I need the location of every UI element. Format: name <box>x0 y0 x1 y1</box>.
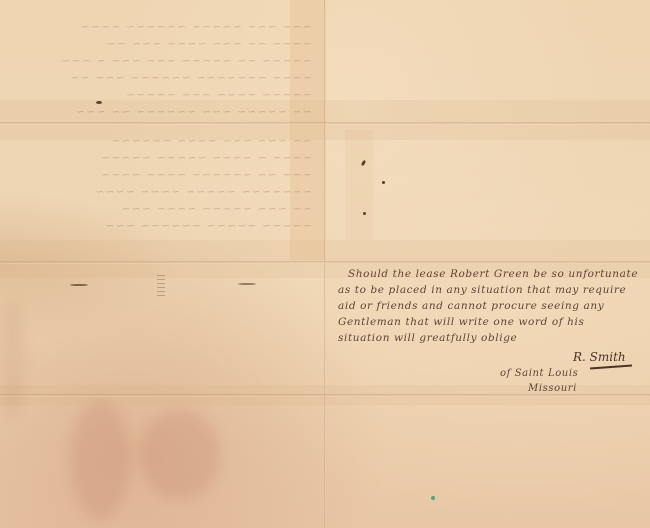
bleed-through-text-top: ~~~ ~~~ ~~~~~ ~~~~~~ ~~~~ ~~~~ ~~ ~~~ ~~… <box>22 18 312 120</box>
letter-line: aid or friends and cannot procure seeing… <box>338 298 643 314</box>
letter-line: Gentleman that will write one word of hi… <box>338 314 643 330</box>
signature-flourish <box>590 365 632 370</box>
ink-mark <box>70 284 88 286</box>
ink-spot <box>382 181 385 184</box>
fold-line-horizontal <box>0 394 650 397</box>
place-line-state: Missouri <box>528 383 577 394</box>
ink-spot <box>363 212 366 215</box>
green-speck <box>431 496 435 500</box>
letter-line: situation will greatfully oblige <box>338 330 643 346</box>
handwritten-letter-body: Should the lease Robert Green be so unfo… <box>338 266 643 346</box>
bleed-through-text-middle: ~~ ~~~ ~~~ ~~~~ ~~~~~~ ~~~~ ~ ~~~~ ~~~~~… <box>22 132 312 234</box>
water-stain <box>70 400 130 520</box>
place-line-city: of Saint Louis <box>500 368 578 379</box>
letter-line: Should the lease Robert Green be so unfo… <box>338 266 643 282</box>
fold-line-horizontal <box>0 122 650 125</box>
signature: R. Smith <box>573 350 626 364</box>
water-stain <box>140 410 220 500</box>
fold-line-vertical <box>324 0 326 528</box>
edge-stain <box>0 300 25 420</box>
fold-line-horizontal <box>0 261 650 264</box>
tape-strip <box>345 130 373 240</box>
ink-mark <box>238 283 256 285</box>
letter-sheet: ~~~ ~~~ ~~~~~ ~~~~~~ ~~~~ ~~~~ ~~ ~~~ ~~… <box>0 0 650 528</box>
tally-marks <box>157 275 165 299</box>
ink-spot <box>96 101 102 104</box>
letter-line: as to be placed in any situation that ma… <box>338 282 643 298</box>
